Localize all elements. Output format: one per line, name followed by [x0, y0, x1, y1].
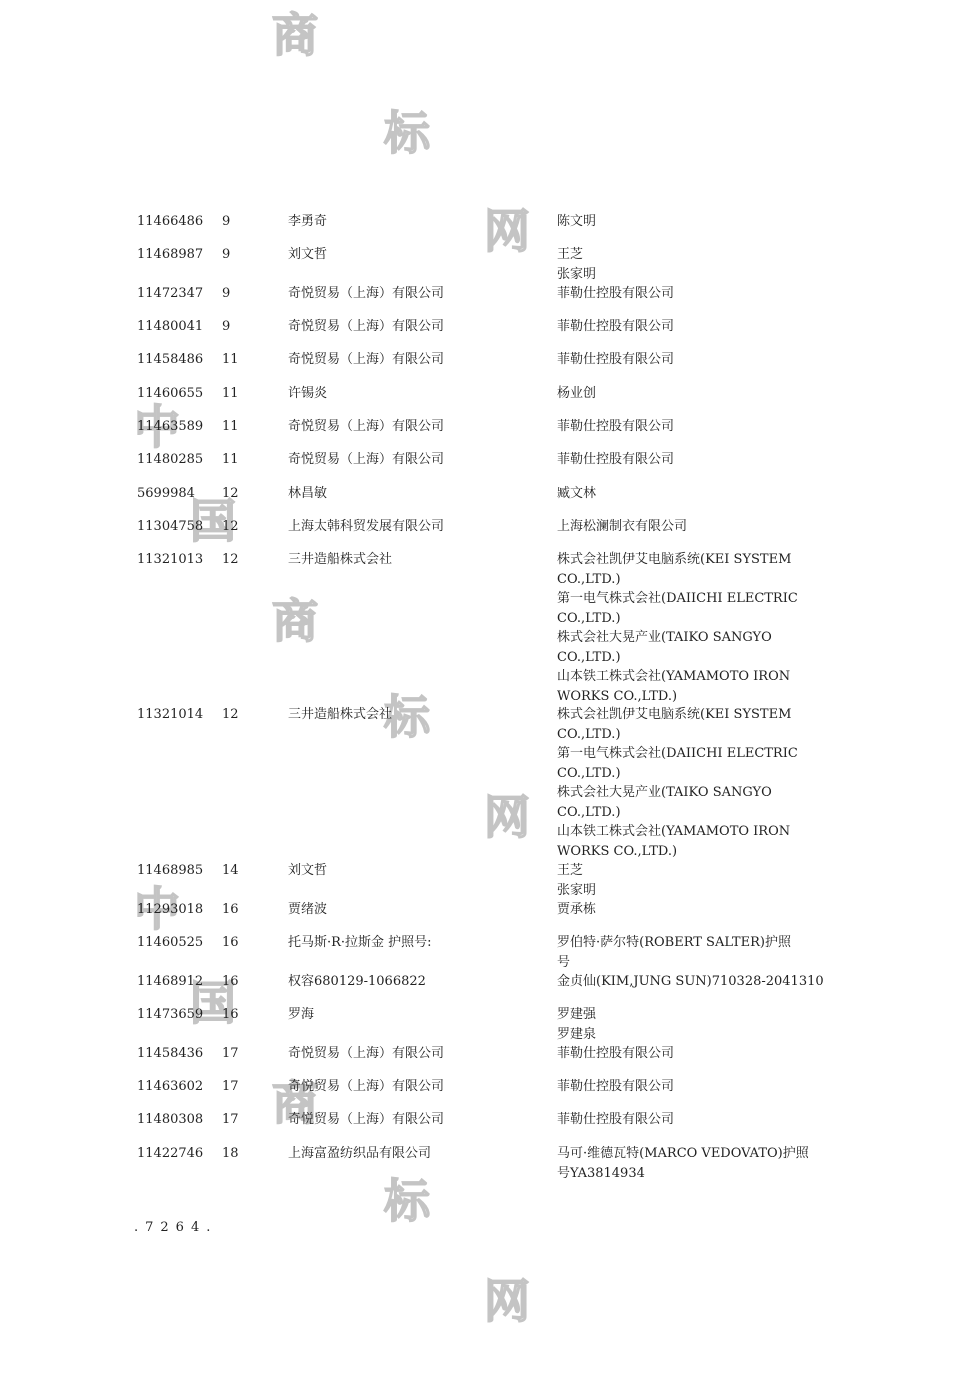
registration-number: 11422746 [137, 1144, 203, 1164]
applicant-name: 贾绪波 [288, 900, 327, 920]
applicant-name: 三井造船株式会社 [288, 550, 392, 570]
registration-number: 11463589 [137, 417, 203, 437]
registration-number: 11304758 [137, 517, 203, 537]
counterparty-name: 王芝 张家明 [557, 245, 596, 284]
class-number: 11 [222, 384, 239, 404]
applicant-name: 奇悦贸易（上海）有限公司 [288, 317, 444, 337]
counterparty-name: 菲勒仕控股有限公司 [557, 417, 674, 437]
registration-number: 11458436 [137, 1044, 203, 1064]
class-number: 9 [222, 284, 230, 304]
counterparty-name: 陈文明 [557, 212, 596, 232]
counterparty-name: 杨业创 [557, 384, 596, 404]
class-number: 9 [222, 212, 230, 232]
applicant-name: 奇悦贸易（上海）有限公司 [288, 284, 444, 304]
class-number: 12 [222, 517, 239, 537]
registration-number: 11466486 [137, 212, 203, 232]
class-number: 11 [222, 450, 239, 470]
applicant-name: 奇悦贸易（上海）有限公司 [288, 417, 444, 437]
registration-number: 11463602 [137, 1077, 203, 1097]
class-number: 11 [222, 350, 239, 370]
counterparty-name: 上海松澜制衣有限公司 [557, 517, 687, 537]
page-number: .7264. [134, 1220, 217, 1235]
counterparty-name: 马可·维德瓦特(MARCO VEDOVATO)护照 号YA3814934 [557, 1144, 809, 1183]
counterparty-name: 菲勒仕控股有限公司 [557, 350, 674, 370]
counterparty-name: 菲勒仕控股有限公司 [557, 1077, 674, 1097]
watermark-glyph: 标 [384, 110, 430, 156]
applicant-name: 刘文哲 [288, 245, 327, 265]
applicant-name: 权容680129-1066822 [288, 972, 426, 992]
registration-number: 11460525 [137, 933, 203, 953]
registration-number: 11468912 [137, 972, 203, 992]
applicant-name: 奇悦贸易（上海）有限公司 [288, 350, 444, 370]
counterparty-name: 臧文林 [557, 484, 596, 504]
watermark-glyph: 标 [384, 1178, 430, 1224]
registration-number: 11472347 [137, 284, 203, 304]
counterparty-name: 株式会社凯伊艾电脑系统(KEI SYSTEM CO.,LTD.) 第一电气株式会… [557, 705, 798, 861]
registration-number: 11473659 [137, 1005, 203, 1025]
counterparty-name: 菲勒仕控股有限公司 [557, 1044, 674, 1064]
class-number: 17 [222, 1110, 239, 1130]
registration-number: 11480285 [137, 450, 203, 470]
registration-number: 11458486 [137, 350, 203, 370]
class-number: 12 [222, 484, 239, 504]
applicant-name: 奇悦贸易（上海）有限公司 [288, 450, 444, 470]
class-number: 17 [222, 1044, 239, 1064]
class-number: 16 [222, 972, 239, 992]
counterparty-name: 罗伯特·萨尔特(ROBERT SALTER)护照 号 [557, 933, 791, 972]
class-number: 18 [222, 1144, 239, 1164]
class-number: 12 [222, 550, 239, 570]
class-number: 16 [222, 933, 239, 953]
applicant-name: 三井造船株式会社 [288, 705, 392, 725]
applicant-name: 李勇奇 [288, 212, 327, 232]
watermark-glyph: 网 [484, 794, 530, 840]
applicant-name: 刘文哲 [288, 861, 327, 881]
applicant-name: 许锡炎 [288, 384, 327, 404]
applicant-name: 奇悦贸易（上海）有限公司 [288, 1077, 444, 1097]
counterparty-name: 菲勒仕控股有限公司 [557, 1110, 674, 1130]
applicant-name: 托马斯·R·拉斯金 护照号: [288, 933, 432, 953]
counterparty-name: 王芝 张家明 [557, 861, 596, 900]
class-number: 16 [222, 900, 239, 920]
applicant-name: 奇悦贸易（上海）有限公司 [288, 1044, 444, 1064]
registration-number: 11480308 [137, 1110, 203, 1130]
registration-number: 11468985 [137, 861, 203, 881]
class-number: 14 [222, 861, 239, 881]
counterparty-name: 金贞仙(KIM,JUNG SUN)710328-2041310 [557, 972, 824, 992]
applicant-name: 林昌敏 [288, 484, 327, 504]
counterparty-name: 菲勒仕控股有限公司 [557, 284, 674, 304]
class-number: 17 [222, 1077, 239, 1097]
class-number: 9 [222, 317, 230, 337]
registration-number: 11321014 [137, 705, 203, 725]
watermark-glyph: 网 [484, 1278, 530, 1324]
counterparty-name: 贾承栋 [557, 900, 596, 920]
class-number: 11 [222, 417, 239, 437]
registration-number: 11293018 [137, 900, 203, 920]
counterparty-name: 罗建强 罗建泉 [557, 1005, 596, 1044]
counterparty-name: 株式会社凯伊艾电脑系统(KEI SYSTEM CO.,LTD.) 第一电气株式会… [557, 550, 798, 706]
counterparty-name: 菲勒仕控股有限公司 [557, 317, 674, 337]
registration-number: 11480041 [137, 317, 203, 337]
class-number: 9 [222, 245, 230, 265]
registration-number: 11468987 [137, 245, 203, 265]
applicant-name: 罗海 [288, 1005, 314, 1025]
applicant-name: 上海太韩科贸发展有限公司 [288, 517, 444, 537]
watermark-glyph: 商 [272, 598, 318, 644]
watermark-glyph: 网 [484, 208, 530, 254]
applicant-name: 奇悦贸易（上海）有限公司 [288, 1110, 444, 1130]
registration-number: 5699984 [137, 484, 195, 504]
registration-number: 11460655 [137, 384, 203, 404]
counterparty-name: 菲勒仕控股有限公司 [557, 450, 674, 470]
class-number: 16 [222, 1005, 239, 1025]
watermark-glyph: 商 [272, 12, 318, 58]
applicant-name: 上海富盈纺织品有限公司 [288, 1144, 431, 1164]
class-number: 12 [222, 705, 239, 725]
registration-number: 11321013 [137, 550, 203, 570]
